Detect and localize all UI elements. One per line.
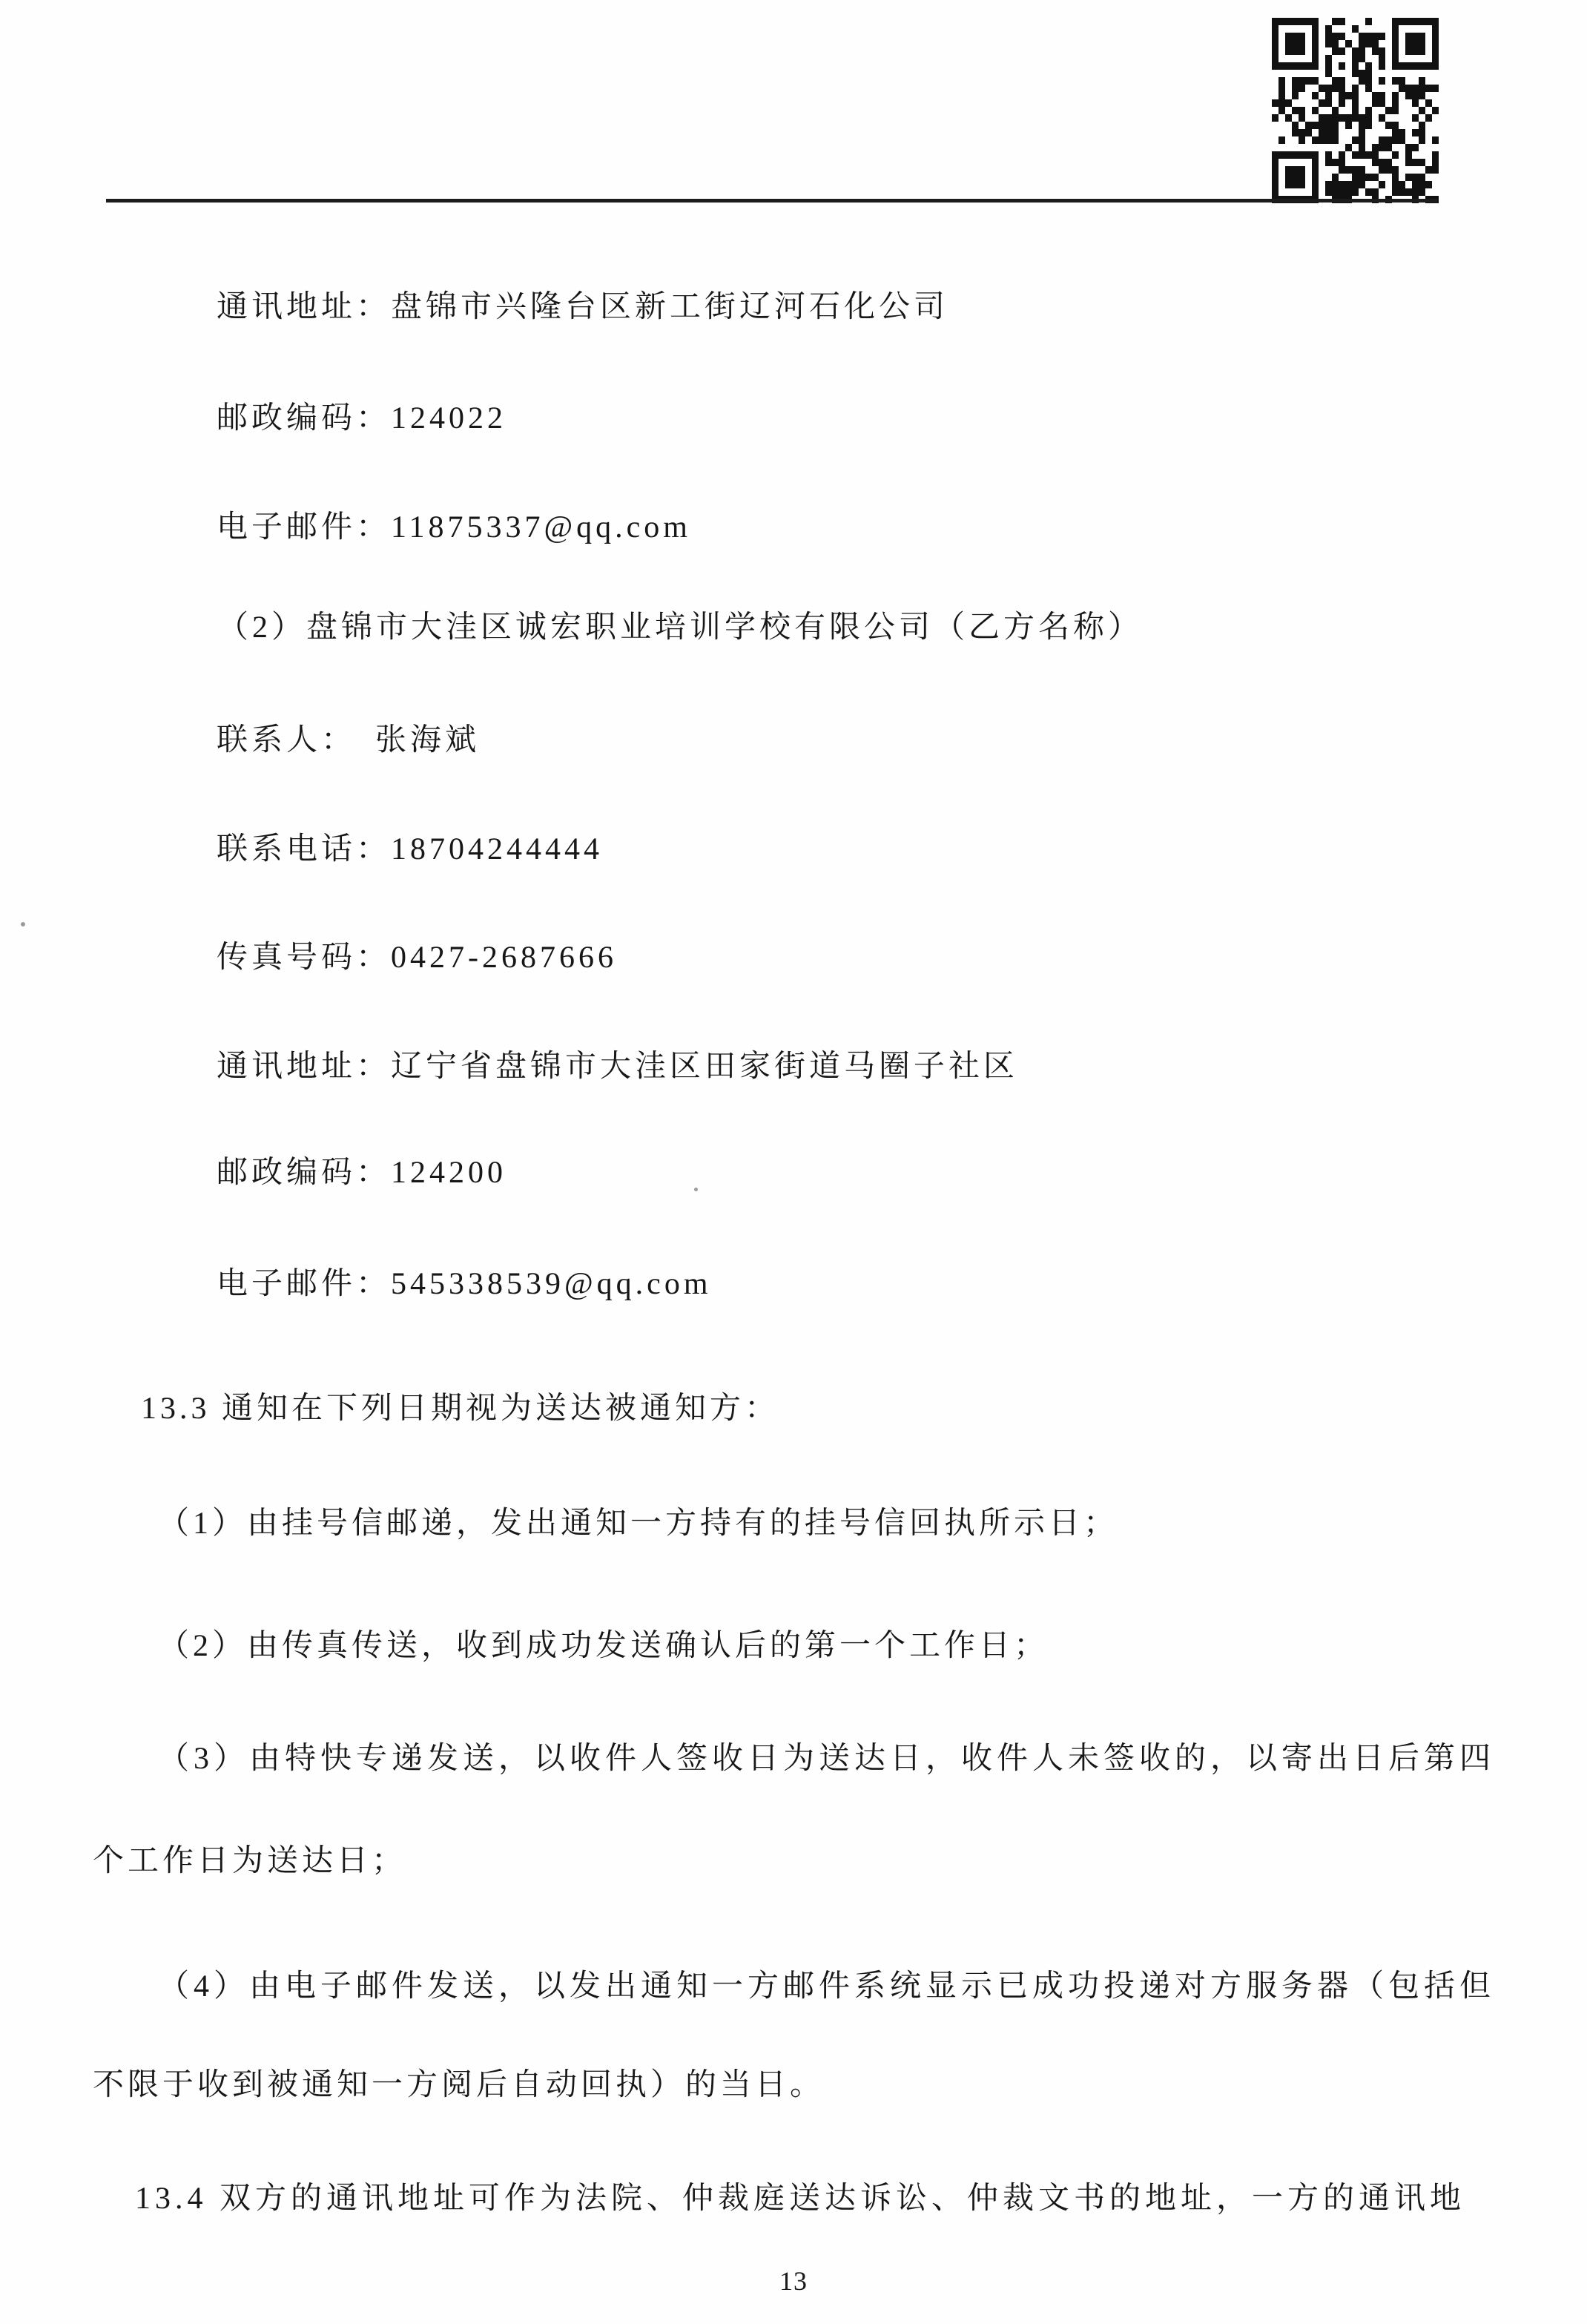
party-a-postal-code: 邮政编码：124022 bbox=[217, 401, 507, 436]
header-rule bbox=[106, 199, 1437, 203]
clause-13-3-item3-line1: （3）由特快专递发送，以收件人签收日为送达日，收件人未签收的，以寄出日后第四 bbox=[158, 1742, 1495, 1777]
party-b-title: （2）盘锦市大洼区诚宏职业培训学校有限公司（乙方名称） bbox=[217, 610, 1143, 645]
party-a-address: 通讯地址：盘锦市兴隆台区新工街辽河石化公司 bbox=[217, 290, 948, 325]
document-page: 通讯地址：盘锦市兴隆台区新工街辽河石化公司 邮政编码：124022 电子邮件：1… bbox=[0, 0, 1587, 2324]
party-a-email: 电子邮件：11875337@qq.com bbox=[217, 510, 691, 545]
scan-speck bbox=[694, 1188, 698, 1191]
party-b-email: 电子邮件：545338539@qq.com bbox=[217, 1267, 712, 1302]
party-b-phone: 联系电话：18704244444 bbox=[217, 832, 603, 867]
clause-13-3-item4-line2: 不限于收到被通知一方阅后自动回执）的当日。 bbox=[93, 2068, 825, 2103]
party-b-fax: 传真号码：0427-2687666 bbox=[217, 941, 617, 975]
clause-13-3-item3-line2: 个工作日为送达日； bbox=[93, 1844, 406, 1879]
clause-13-3-item1: （1）由挂号信邮递，发出通知一方持有的挂号信回执所示日； bbox=[158, 1507, 1118, 1541]
qr-code-icon bbox=[1272, 18, 1439, 203]
party-b-postal-code: 邮政编码：124200 bbox=[217, 1156, 507, 1191]
party-b-address: 通讯地址：辽宁省盘锦市大洼区田家街道马圈子社区 bbox=[217, 1050, 1018, 1084]
clause-13-3-item4-line1: （4）由电子邮件发送，以发出通知一方邮件系统显示已成功投递对方服务器（包括但 bbox=[158, 1969, 1495, 2004]
party-b-contact-person: 联系人： 张海斌 bbox=[217, 723, 480, 758]
clause-13-4-line1: 13.4 双方的通讯地址可作为法院、仲裁庭送达诉讼、仲裁文书的地址，一方的通讯地 bbox=[135, 2182, 1465, 2216]
page-number: 13 bbox=[0, 2265, 1587, 2297]
clause-13-3-heading: 13.3 通知在下列日期视为送达被通知方： bbox=[141, 1392, 779, 1426]
scan-speck bbox=[21, 922, 25, 926]
clause-13-3-item2: （2）由传真传送，收到成功发送确认后的第一个工作日； bbox=[158, 1629, 1049, 1664]
